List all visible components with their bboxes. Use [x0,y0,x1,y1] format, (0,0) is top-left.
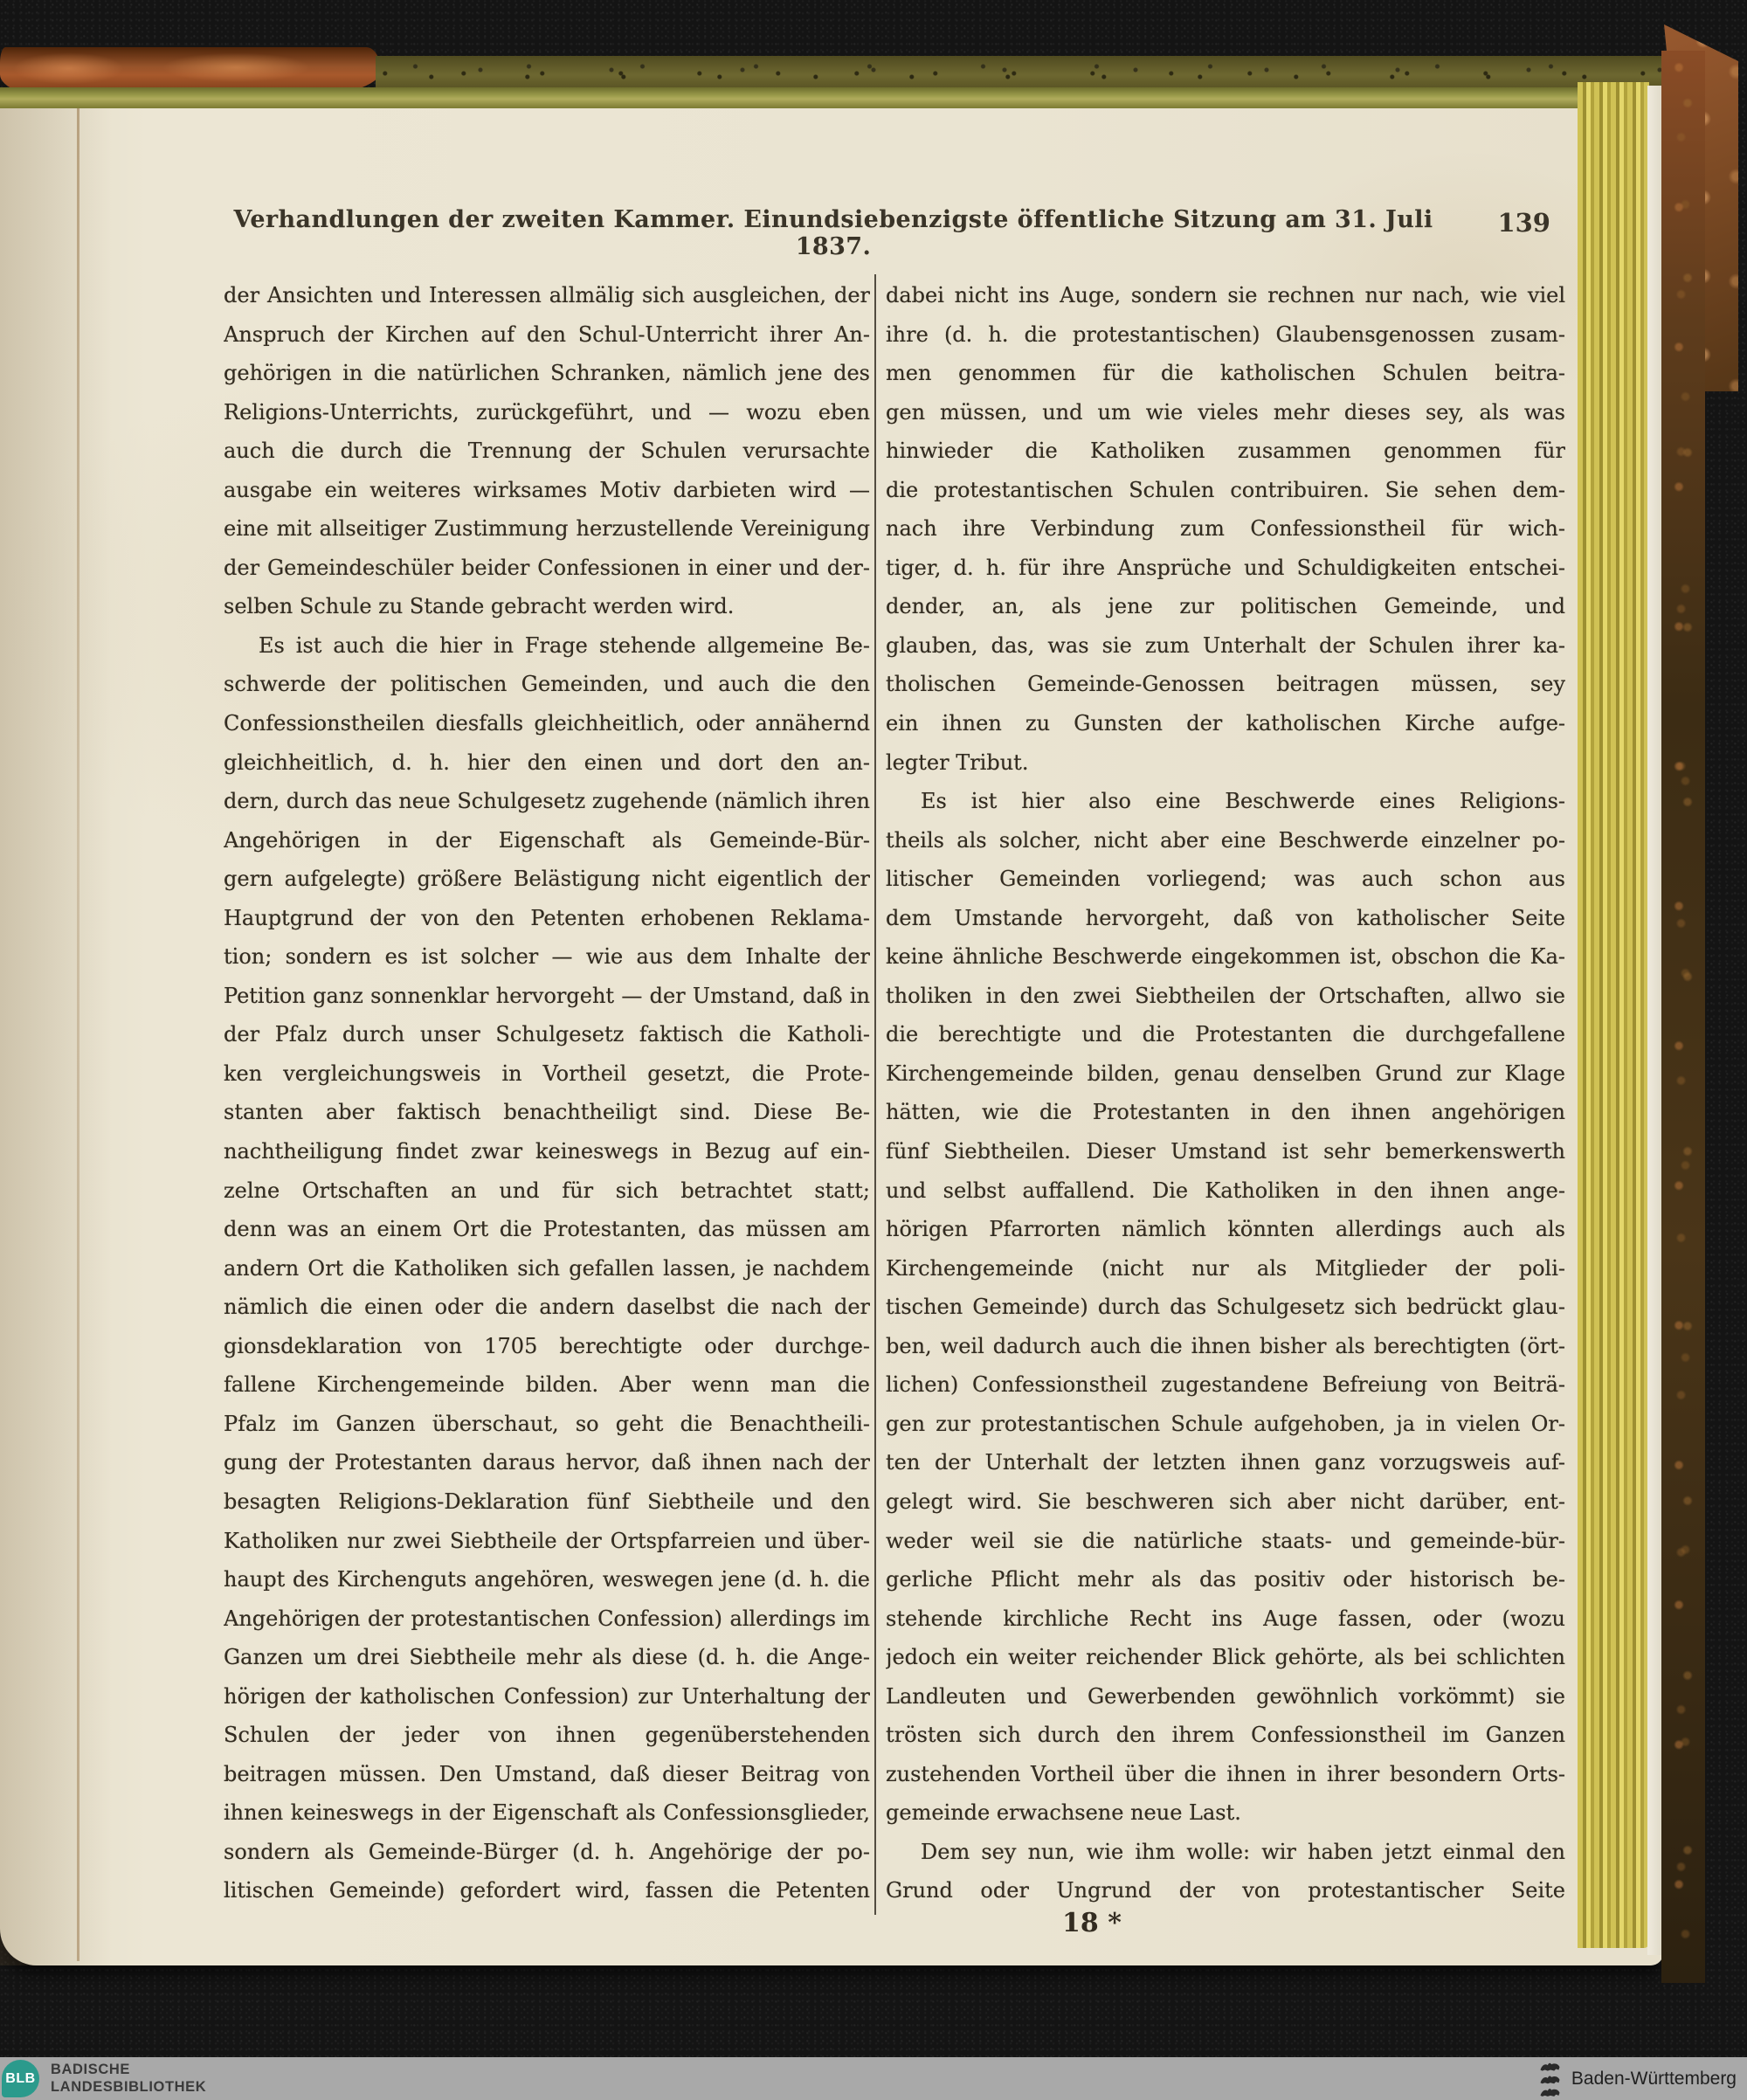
text-line: nämlich die einen oder die andern daselb… [224,1288,870,1327]
text-line: Angehörigen der protestantischen Confess… [224,1599,870,1639]
page-gutter-shadow [0,94,148,1965]
text-line: gen zur protestantischen Schule aufgehob… [886,1405,1565,1444]
running-head-title: Verhandlungen der zweiten Kammer. Einund… [223,206,1444,260]
running-head: Verhandlungen der zweiten Kammer. Einund… [223,206,1575,245]
gilt-top-edge [0,87,1663,108]
text-line: nach ihre Verbindung zum Confessionsthei… [886,509,1565,549]
library-name-line2: LANDESBIBLIOTHEK [51,2079,206,2097]
text-line: gelegt wird. Sie beschweren sich aber ni… [886,1482,1565,1522]
text-line: fallene Kirchengemeinde bilden. Aber wen… [224,1365,870,1405]
text-line: gleichheitlich, d. h. hier den einen und… [224,743,870,783]
text-line: gerliche Pflicht mehr als das positiv od… [886,1560,1565,1599]
text-line: legter Tribut. [886,743,1565,783]
text-line: sondern als Gemeinde-Bürger (d. h. Angeh… [224,1833,870,1872]
text-line: dem Umstande hervorgeht, daß von katholi… [886,899,1565,938]
text-line: ausgabe ein weiteres wirksames Motiv dar… [224,471,870,510]
page-number: 139 [1497,208,1550,238]
text-line: andern Ort die Katholiken sich gefallen … [224,1249,870,1288]
text-line: nachtheiligung findet zwar keineswegs in… [224,1132,870,1171]
text-line: selben Schule zu Stande gebracht werden … [224,587,870,626]
text-line: dern, durch das neue Schulgesetz zugehen… [224,782,870,821]
three-lions-coat-of-arms-icon [1538,2060,1563,2098]
state-name: Baden-Württemberg [1571,2069,1737,2090]
text-line: gionsdeklaration von 1705 berechtigte od… [224,1327,870,1366]
scan-photo-background: Verhandlungen der zweiten Kammer. Einund… [0,0,1747,2100]
text-line: fünf Siebtheilen. Dieser Umstand ist seh… [886,1132,1565,1171]
text-line: Es ist auch die hier in Frage stehende a… [224,626,870,666]
text-line: Ganzen um drei Siebtheile mehr als diese… [224,1638,870,1677]
text-line: tischen Gemeinde) durch das Schulgesetz … [886,1288,1565,1327]
text-line: tholischen Gemeinde-Genossen beitragen m… [886,665,1565,704]
text-line: tholiken in den zwei Siebtheilen der Ort… [886,977,1565,1016]
text-line: Katholiken nur zwei Siebtheile der Ortsp… [224,1522,870,1561]
text-line: hinwieder die Katholiken zusammen genomm… [886,432,1565,471]
text-line: gung der Protestanten daraus hervor, daß… [224,1443,870,1482]
signature-mark: 18 * [996,1908,1188,1938]
text-line: stehende kirchliche Recht ins Auge fasse… [886,1599,1565,1639]
text-line: Es ist hier also eine Beschwerde eines R… [886,782,1565,821]
text-line: schwerde der politischen Gemeinden, und … [224,665,870,704]
text-line: dender, an, als jene zur politischen Gem… [886,587,1565,626]
text-line: ken vergleichungsweis in Vortheil gesetz… [224,1054,870,1094]
blb-logo-text: BLB [5,2071,35,2087]
text-line: Dem sey nun, wie ihm wolle: wir haben je… [886,1833,1565,1872]
text-line: gern aufgelegte) größere Belästigung nic… [224,860,870,899]
text-line: glauben, das, was sie zum Unterhalt der … [886,626,1565,666]
text-line: hörigen Pfarrorten nämlich könnten aller… [886,1210,1565,1249]
text-line: tion; sondern es ist solcher — wie aus d… [224,937,870,977]
text-line: stanten aber faktisch benachtheiligt sin… [224,1093,870,1132]
text-line: hörigen der katholischen Confession) zur… [224,1677,870,1717]
text-line: der Pfalz durch unser Schulgesetz faktis… [224,1015,870,1054]
text-line: ein ihnen zu Gunsten der katholischen Ki… [886,704,1565,743]
text-line: gemeinde erwachsene neue Last. [886,1793,1565,1833]
text-line: besagten Religions-Deklaration fünf Sieb… [224,1482,870,1522]
text-line: die protestantischen Schulen contribuire… [886,471,1565,510]
text-line: dabei nicht ins Auge, sondern sie rechne… [886,276,1565,315]
text-line: Angehörigen in der Eigenschaft als Gemei… [224,821,870,860]
blb-logo: BLB [2,2060,39,2097]
text-line: der Gemeindeschüler beider Confessionen … [224,549,870,588]
text-line: litischer Gemeinden vorliegend; was auch… [886,860,1565,899]
text-line: Confessionstheilen diesfalls gleichheitl… [224,704,870,743]
text-line: auch die durch die Trennung der Schulen … [224,432,870,471]
library-name: BADISCHE LANDESBIBLIOTHEK [51,2062,206,2096]
text-line: eine mit allseitiger Zustimmung herzuste… [224,509,870,549]
text-line: jedoch ein weiter reichender Blick gehör… [886,1638,1565,1677]
book-top-edge [376,56,1667,91]
text-line: die berechtigte und die Protestanten die… [886,1015,1565,1054]
text-line: Kirchengemeinde (nicht nur als Mitgliede… [886,1249,1565,1288]
text-line: Anspruch der Kirchen auf den Schul-Unter… [224,315,870,355]
text-line: ihre (d. h. die protestantischen) Glaube… [886,315,1565,355]
text-line: Hauptgrund der von den Petenten erhobene… [224,899,870,938]
text-line: Religions-Unterrichts, zurückgeführt, un… [224,393,870,432]
text-line: ben, weil dadurch auch die ihnen bisher … [886,1327,1565,1366]
text-line: weder weil sie die natürliche staats- un… [886,1522,1565,1561]
library-name-line1: BADISCHE [51,2062,206,2079]
state-logo-block: Baden-Württemberg [1538,2057,1737,2100]
text-line: ten der Unterhalt der letzten ihnen ganz… [886,1443,1565,1482]
text-line: gehörigen in die natürlichen Schranken, … [224,354,870,393]
gilt-fore-edge-pages [1578,82,1649,1948]
text-line: hätten, wie die Protestanten in den ihne… [886,1093,1565,1132]
text-line: denn was an einem Ort die Protestanten, … [224,1210,870,1249]
text-line: der Ansichten und Interessen allmälig si… [224,276,870,315]
text-column-right: dabei nicht ins Auge, sondern sie rechne… [886,276,1565,1910]
text-line: men genommen für die katholischen Schule… [886,354,1565,393]
text-line: beitragen müssen. Den Umstand, daß diese… [224,1755,870,1794]
text-line: Landleuten und Gewerbenden gewöhnlich vo… [886,1677,1565,1717]
text-line: Grund oder Ungrund der von protestantisc… [886,1871,1565,1910]
text-line: Schulen der jeder von ihnen gegenüberste… [224,1716,870,1755]
text-line: tiger, d. h. für ihre Ansprüche und Schu… [886,549,1565,588]
text-line: Kirchengemeinde bilden, genau denselben … [886,1054,1565,1094]
page-fold-line [77,105,79,1961]
text-line: und selbst auffallend. Die Katholiken in… [886,1171,1565,1211]
text-line: Petition ganz sonnenklar hervorgeht — de… [224,977,870,1016]
text-line: Pfalz im Ganzen überschaut, so geht die … [224,1405,870,1444]
text-column-left: der Ansichten und Interessen allmälig si… [224,276,870,1910]
column-divider-rule [874,274,876,1915]
text-line: gen müssen, und um wie vieles mehr diese… [886,393,1565,432]
text-line: keine ähnliche Beschwerde eingekommen is… [886,937,1565,977]
library-footer-bar: BLB BADISCHE LANDESBIBLIOTHEK Baden-Würt… [0,2057,1747,2100]
text-line: lichen) Confessionstheil zugestandene Be… [886,1365,1565,1405]
text-line: zustehenden Vortheil über die ihnen in i… [886,1755,1565,1794]
text-line: haupt des Kirchenguts angehören, weswege… [224,1560,870,1599]
marbled-cover-edge [1661,51,1705,1983]
text-line: trösten sich durch den ihrem Confessions… [886,1716,1565,1755]
text-line: theils als solcher, nicht aber eine Besc… [886,821,1565,860]
text-line: ihnen keineswegs in der Eigenschaft als … [224,1793,870,1833]
text-line: zelne Ortschaften an und für sich betrac… [224,1171,870,1211]
text-line: litischen Gemeinde) gefordert wird, fass… [224,1871,870,1910]
